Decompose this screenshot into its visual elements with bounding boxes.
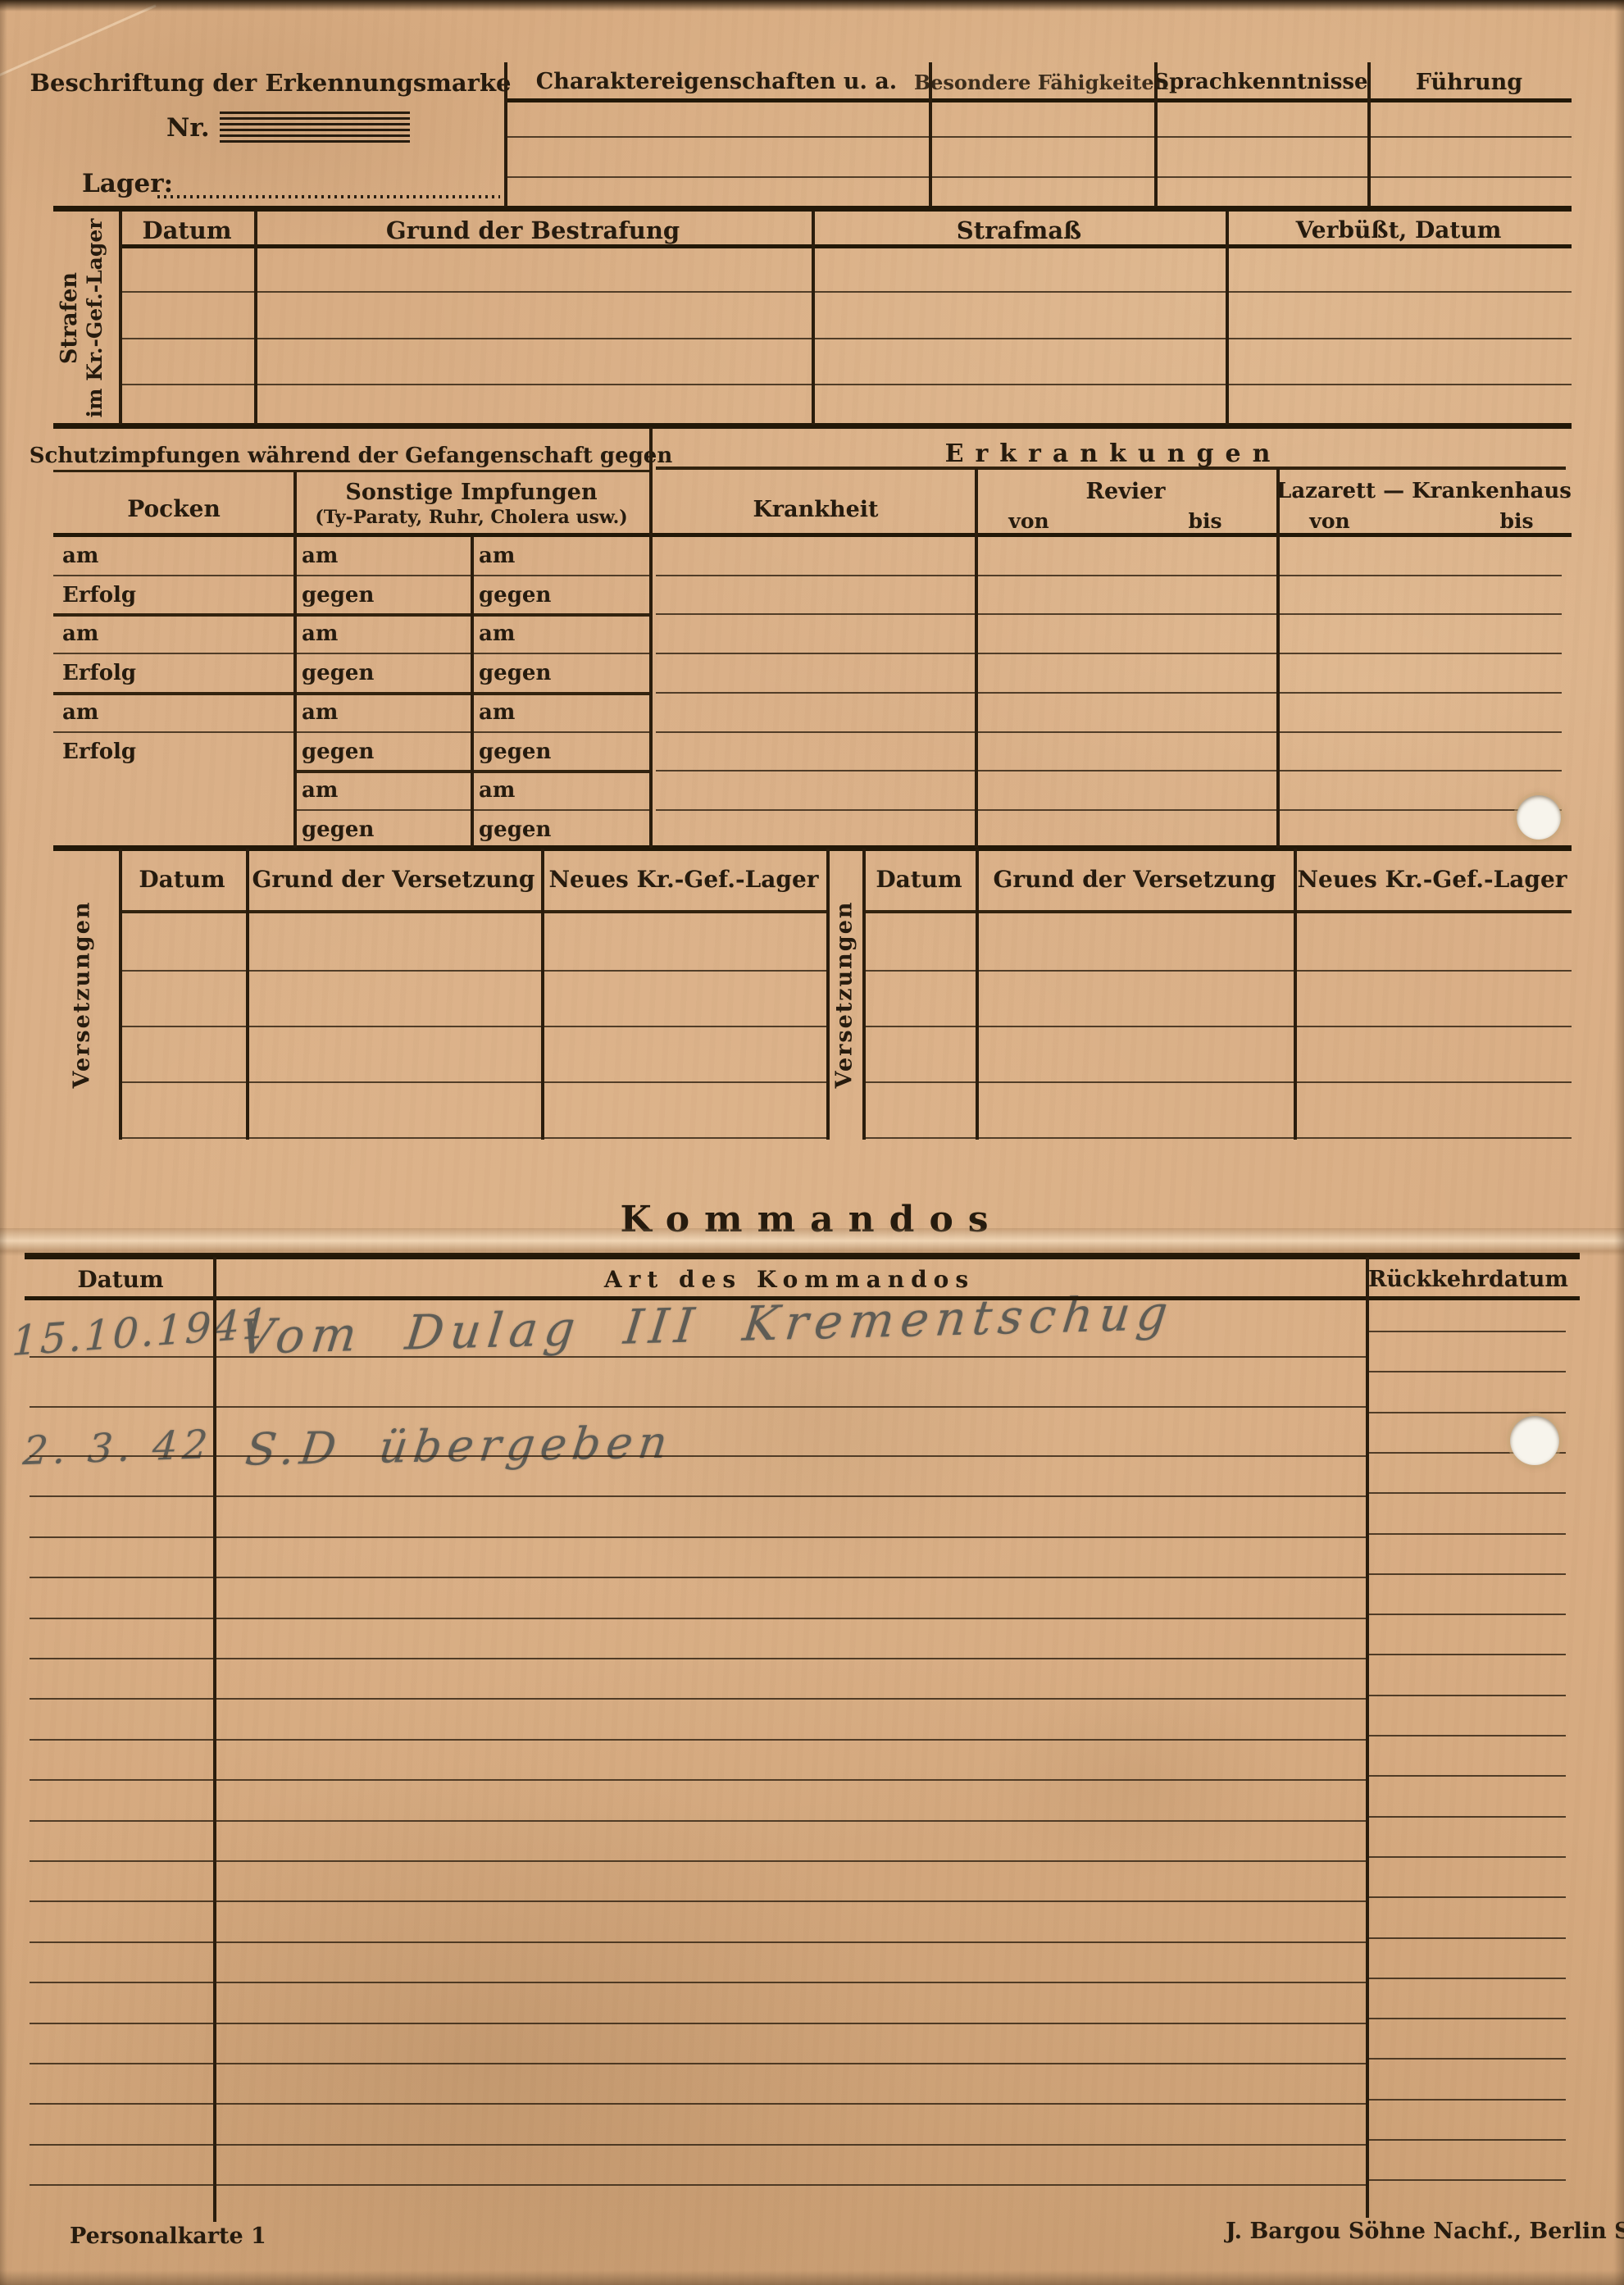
rule-line — [1369, 1695, 1566, 1696]
rule-line — [862, 910, 1572, 913]
impfungen-col-sonstige-sub: (Ty-Paraty, Ruhr, Cholera usw.) — [315, 507, 627, 528]
erkrankungen-title: Erkrankungen — [945, 439, 1282, 468]
rule-line — [1369, 1533, 1566, 1535]
rule-line — [30, 2023, 1366, 2024]
impf-row-label: gegen — [479, 817, 551, 842]
kommandos-col-rueckkehrdatum: Rückkehrdatum — [1368, 1267, 1568, 1292]
kommandos-col-datum: Datum — [77, 1266, 163, 1293]
impf-row-label: am — [302, 778, 338, 803]
label-lager: Lager: — [82, 169, 173, 198]
rule-line — [30, 1658, 1366, 1659]
rule-line — [656, 653, 1562, 654]
rule-line — [30, 2144, 1366, 2146]
rule-line — [975, 468, 978, 848]
rule-line — [30, 1356, 1366, 1358]
rule-line — [293, 472, 297, 848]
rule-line — [30, 1455, 1366, 1457]
personalkarte-back-page: Beschriftung der Erkennungsmarke Nr. Lag… — [0, 0, 1624, 2285]
rule-line — [862, 1081, 1572, 1083]
impf-row-label: am — [302, 544, 338, 568]
rule-line — [1369, 1654, 1566, 1655]
rule-line — [929, 62, 932, 207]
strafen-col-verbuesst: Verbüßt, Datum — [1296, 216, 1502, 244]
rule-line — [1369, 2018, 1566, 2019]
rule-line — [976, 849, 979, 1140]
impf-row-label: am — [62, 700, 98, 725]
erkrankungen-col-revier: Revier — [1086, 479, 1166, 504]
rule-line — [119, 384, 1572, 385]
rule-line — [1226, 212, 1229, 425]
erkrankungen-col-lazarett: Lazarett — Krankenhaus — [1276, 479, 1572, 503]
impf-row-label: am — [479, 621, 515, 646]
rule-line — [30, 1536, 1366, 1538]
rule-line — [30, 1406, 1366, 1408]
side-label-versetzungen-left: Versetzungen — [70, 900, 95, 1088]
rule-line — [119, 338, 1572, 339]
rule-line — [119, 1137, 826, 1139]
rule-line — [504, 136, 1572, 138]
rule-line — [656, 613, 1562, 615]
rule-line — [1369, 1775, 1566, 1777]
rule-line — [1369, 2179, 1566, 2181]
impfungen-col-pocken: Pocken — [127, 495, 221, 522]
rule-line — [119, 910, 826, 913]
label-erkennungsmarke: Beschriftung der Erkennungsmarke — [30, 69, 511, 97]
nr-hatch-block — [220, 112, 410, 146]
impf-row-label: gegen — [302, 740, 374, 764]
handwriting-entry-2-date: 2. 3. 42 — [21, 1422, 214, 1474]
versetzungen-right-col-grund: Grund der Versetzung — [993, 866, 1276, 893]
rule-line — [30, 2063, 1366, 2064]
rule-line — [1369, 2139, 1566, 2141]
rule-line — [1294, 849, 1297, 1140]
rule-line — [1369, 1573, 1566, 1575]
rule-line — [119, 244, 1572, 248]
impfungen-col-sonstige: Sonstige Impfungen — [345, 480, 597, 505]
rule-line — [1369, 1492, 1566, 1494]
rule-line — [246, 849, 249, 1140]
versetzungen-right-col-datum: Datum — [876, 866, 962, 893]
impf-row-label: gegen — [479, 661, 551, 685]
versetzungen-left-col-neues: Neues Kr.-Gef.-Lager — [548, 866, 818, 893]
rule-line — [119, 1081, 826, 1083]
rule-line — [1369, 1937, 1566, 1939]
lager-dotted-line — [157, 195, 500, 198]
impf-row-label: am — [479, 778, 515, 803]
rule-line — [119, 291, 1572, 293]
impf-row-label: Erfolg — [62, 740, 136, 764]
rule-line — [53, 692, 649, 695]
rule-line — [1369, 2058, 1566, 2060]
rule-line — [812, 212, 815, 425]
impf-row-label: am — [302, 621, 338, 646]
impf-row-label: am — [302, 700, 338, 725]
rule-line — [826, 849, 830, 1140]
rule-line — [862, 849, 866, 1140]
punch-hole-bottom — [1510, 1416, 1559, 1465]
impf-row-label: am — [479, 700, 515, 725]
rule-line — [1369, 1816, 1566, 1818]
impf-row-label: gegen — [479, 583, 551, 608]
erkrankungen-col-krankheit: Krankheit — [753, 497, 878, 522]
impf-row-label: Erfolg — [62, 583, 136, 608]
rule-line — [504, 176, 1572, 178]
rule-line — [30, 2103, 1366, 2105]
impf-row-label: am — [62, 544, 98, 568]
col-header-besondere-faehigkeiten: Besondere Fähigkeiten — [914, 71, 1168, 94]
rule-line — [1276, 468, 1280, 848]
rule-line — [30, 1618, 1366, 1619]
rule-line — [1367, 62, 1371, 207]
rule-line — [862, 1137, 1572, 1139]
rule-line — [656, 770, 1562, 772]
erkrankungen-revier-bis: bis — [1188, 509, 1221, 533]
rule-line — [504, 62, 507, 207]
rule-line — [471, 535, 474, 848]
side-label-strafen-line2: im Kr.-Gef.-Lager — [82, 219, 107, 418]
rule-line — [53, 845, 1572, 851]
versetzungen-left-col-grund: Grund der Versetzung — [252, 866, 535, 893]
rule-line — [254, 212, 257, 425]
kommandos-title: Kommandos — [620, 1199, 1003, 1240]
rule-line — [30, 1941, 1366, 1943]
impf-row-label: am — [479, 544, 515, 568]
erkrankungen-revier-von: von — [1008, 509, 1049, 533]
rule-line — [1369, 1412, 1566, 1413]
impf-row-label: gegen — [302, 817, 374, 842]
versetzungen-right-col-neues: Neues Kr.-Gef.-Lager — [1297, 866, 1567, 893]
kommandos-col-art: Art des Kommandos — [604, 1266, 975, 1293]
impf-row-label: gegen — [479, 740, 551, 764]
rule-line — [1369, 1978, 1566, 1979]
rule-line — [541, 849, 544, 1140]
col-header-charaktereigenschaften: Charaktereigenschaften u. a. — [536, 69, 897, 94]
rule-line — [25, 1253, 1580, 1259]
rule-line — [53, 533, 1572, 537]
strafen-col-grund: Grund der Bestrafung — [386, 216, 680, 244]
rule-line — [1154, 62, 1158, 207]
erkrankungen-lazarett-von: von — [1309, 509, 1349, 533]
rule-line — [30, 1982, 1366, 1983]
rule-line — [30, 1698, 1366, 1700]
rule-line — [1369, 2099, 1566, 2101]
strafen-col-strafmass: Strafmaß — [957, 216, 1081, 244]
handwriting-entry-2-text: S.D übergeben — [243, 1416, 676, 1475]
impf-row-label: Erfolg — [62, 661, 136, 685]
rule-line — [656, 809, 1562, 811]
rule-line — [53, 470, 649, 472]
side-label-strafen: Strafen im Kr.-Gef.-Lager — [57, 219, 107, 418]
rule-line — [30, 1739, 1366, 1741]
rule-line — [656, 731, 1562, 733]
rule-line — [1369, 1856, 1566, 1858]
label-nr: Nr. — [166, 113, 210, 143]
versetzungen-left-col-datum: Datum — [139, 866, 225, 893]
rule-line — [1369, 1371, 1566, 1372]
col-header-sprachkenntnisse: Sprachkenntnisse — [1153, 70, 1367, 94]
rule-line — [53, 613, 649, 617]
rule-line — [30, 1495, 1366, 1497]
rule-line — [30, 1860, 1366, 1862]
rule-line — [119, 970, 826, 972]
rule-line — [1369, 1614, 1566, 1615]
scan-edge-bottom — [0, 2270, 1624, 2285]
rule-line — [504, 98, 1572, 102]
footer-printer-mark: J. Bargou Söhne Nachf., Berlin SW 68 — [1226, 2219, 1624, 2244]
rule-line — [656, 692, 1562, 694]
punch-hole-top — [1517, 795, 1561, 840]
rule-line — [862, 1026, 1572, 1027]
erkrankungen-lazarett-bis: bis — [1499, 509, 1533, 533]
impf-row-label: gegen — [302, 583, 374, 608]
scan-edge-top — [0, 0, 1624, 11]
side-label-strafen-line1: Strafen — [57, 219, 82, 418]
impf-row-label: gegen — [302, 661, 374, 685]
rule-line — [119, 849, 122, 1140]
rule-line — [30, 2184, 1366, 2186]
strafen-col-datum: Datum — [142, 216, 231, 244]
rule-line — [1369, 1331, 1566, 1332]
rule-line — [119, 212, 122, 425]
rule-line — [53, 731, 649, 733]
rule-line — [53, 575, 649, 576]
scan-edge-left — [0, 0, 7, 2285]
side-label-versetzungen-right: Versetzungen — [832, 900, 857, 1088]
rule-line — [30, 1577, 1366, 1578]
rule-line — [1366, 1257, 1369, 2218]
rule-line — [25, 1296, 1580, 1300]
rule-line — [656, 575, 1562, 576]
rule-line — [30, 1900, 1366, 1902]
rule-line — [649, 427, 653, 848]
rule-line — [53, 206, 1572, 212]
rule-line — [30, 1779, 1366, 1781]
rule-line — [862, 970, 1572, 972]
rule-line — [53, 653, 649, 654]
rule-line — [30, 1820, 1366, 1822]
footer-personalkarte: Personalkarte 1 — [70, 2224, 266, 2249]
impfungen-title: Schutzimpfungen während der Gefangenscha… — [30, 444, 673, 468]
rule-line — [1369, 1896, 1566, 1898]
col-header-fuehrung: Führung — [1416, 70, 1522, 95]
rule-line — [1369, 1735, 1566, 1737]
scan-edge-right — [1614, 0, 1624, 2285]
rule-line — [119, 1026, 826, 1027]
impf-row-label: am — [62, 621, 98, 646]
rule-line — [656, 467, 1566, 470]
